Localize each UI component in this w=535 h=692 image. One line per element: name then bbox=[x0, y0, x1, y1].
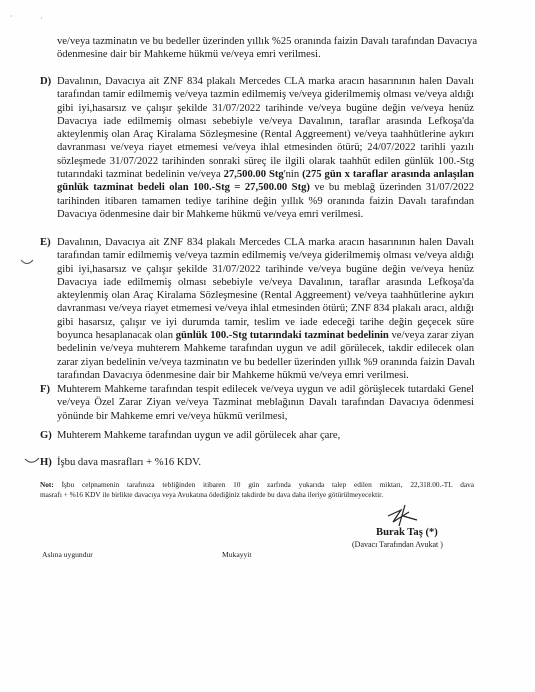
text-line: gibi hasarsız, çalışır ve iyi durumda ta… bbox=[57, 316, 474, 329]
text-line: akteylenmiş olan Araç Kiralama Sözleşmes… bbox=[57, 128, 474, 141]
text-line: Davacıya iade edilmemiş olması sebebiyle… bbox=[57, 115, 474, 128]
text-line: sözleşmede 31/07/2022 tarihinden sonraki… bbox=[57, 155, 474, 168]
registrar-label: Mukayyit bbox=[222, 550, 252, 559]
item-label-h: H) bbox=[40, 456, 52, 469]
text-line: akteylenmiş olan Araç Kiralama Sözleşmes… bbox=[57, 289, 474, 302]
text-run: boyunca hesaplanacak olan bbox=[57, 330, 176, 341]
text-line: tarafından tamir edilmemiş ve/veya tazmi… bbox=[57, 249, 474, 262]
text-line: İşbu dava masrafları + %16 KDV. bbox=[57, 456, 474, 469]
signatory-title: (Davacı Tarafından Avukat ) bbox=[352, 540, 443, 549]
text-line: Muhterem Mahkeme tarafından uygun ve adi… bbox=[57, 429, 474, 442]
item-e-paragraph: Davalının, Davacıya ait ZNF 834 plakalı … bbox=[57, 236, 474, 382]
text-run: 'nin bbox=[284, 169, 302, 180]
text-line: davranması ve/veya riayet etmemesi ve/ve… bbox=[57, 302, 474, 315]
text-line: Davalının, Davacıya ait ZNF 834 plakalı … bbox=[57, 75, 474, 88]
item-label-f: F) bbox=[40, 383, 50, 396]
item-label-d: D) bbox=[40, 75, 51, 88]
text-line: tutarındaki tazminat bedelinin ve/veya 2… bbox=[57, 168, 474, 181]
text-run: tutarındaki tazminat bedelinin ve/veya bbox=[57, 169, 224, 180]
text-line: tarafından tamir edilmemiş ve/veya tazmi… bbox=[57, 88, 474, 101]
signatory-name: Burak Taş (*) bbox=[376, 527, 438, 538]
text-line: Muhterem Mahkeme tarafından tespit edile… bbox=[57, 383, 474, 396]
item-g-paragraph: Muhterem Mahkeme tarafından uygun ve adi… bbox=[57, 429, 474, 442]
margin-mark-icon bbox=[20, 258, 34, 266]
scan-speck: · bbox=[10, 12, 13, 21]
signatory-name-text: Burak Taş bbox=[376, 527, 423, 538]
item-d-paragraph: Davalının, Davacıya ait ZNF 834 plakalı … bbox=[57, 75, 474, 221]
amount-bold: 27,500.00 Stg bbox=[224, 169, 284, 180]
text-line: günlük tazminat bedeli olan 100.-Stg = 2… bbox=[57, 181, 474, 194]
text-run: ve/veya zarar ziyan bbox=[389, 330, 474, 341]
item-label-g: G) bbox=[40, 429, 52, 442]
text-line: davranması ve/veya riayet etmemesi ve/ve… bbox=[57, 141, 474, 154]
note-paragraph: Not: İşbu celpnamenin tarafınıza tebliği… bbox=[40, 480, 474, 500]
text-line: bedelinin ve/veya muhterem Mahkeme taraf… bbox=[57, 342, 474, 355]
certified-copy-label: Aslına uygundur bbox=[42, 550, 93, 559]
text-line: tarafından Davacıya ödenmesine dair bir … bbox=[57, 369, 474, 382]
text-line: gibi iyi,hasarsız ve çalışır şekilde 31/… bbox=[57, 102, 474, 115]
text-line: ödenmesine dair bir Mahkeme hükmü ve/vey… bbox=[57, 48, 474, 61]
text-line: yönünde bir Mahkeme emri ve/veya hükmü v… bbox=[57, 410, 474, 423]
text-run: İşbu celpnamenin tarafınıza tebliğinden … bbox=[54, 480, 474, 489]
text-line: Not: İşbu celpnamenin tarafınıza tebliği… bbox=[40, 480, 474, 490]
text-line: ve/veya tazminatın ve bu bedeller üzerin… bbox=[57, 35, 474, 48]
text-line: Davacıya iade edilmemiş olması sebebiyle… bbox=[57, 276, 474, 289]
text-line: Davalının, Davacıya ait ZNF 834 plakalı … bbox=[57, 236, 474, 249]
document-page: · · ve/veya tazminatın ve bu bedeller üz… bbox=[0, 0, 535, 692]
item-h-paragraph: İşbu dava masrafları + %16 KDV. bbox=[57, 456, 474, 469]
seal-mark: (*) bbox=[425, 527, 437, 538]
text-line: gibi iyi,hasarsız ve çalışır şekilde 31/… bbox=[57, 263, 474, 276]
text-line: zarar ziyan bedelinin ve/veya tazminatın… bbox=[57, 356, 474, 369]
scan-speck: · bbox=[40, 14, 43, 23]
text-line: Davacıya ödenmesine dair bir Mahkeme hük… bbox=[57, 208, 474, 221]
signature-scribble-icon bbox=[385, 502, 421, 528]
note-label: Not: bbox=[40, 480, 54, 489]
text-line: ve/veya Özel Zarar Ziyan ve/veya Tazmina… bbox=[57, 396, 474, 409]
amount-bold: günlük 100.-Stg tutarındaki tazminat bed… bbox=[176, 330, 389, 341]
item-label-e: E) bbox=[40, 236, 51, 249]
calculation-bold: (275 gün x taraflar arasında anlaşılan bbox=[302, 169, 474, 180]
text-line: tarihinden itibaren tamamen tediye tarih… bbox=[57, 195, 474, 208]
text-run: ve bu meblağ üzerinden 31/07/2022 bbox=[310, 182, 474, 193]
calculation-bold: günlük tazminat bedeli olan 100.-Stg = 2… bbox=[57, 182, 310, 193]
text-line: boyunca hesaplanacak olan günlük 100.-St… bbox=[57, 329, 474, 342]
text-line: masrafı + %16 KDV ile birlikte davacıya … bbox=[40, 490, 474, 500]
item-f-paragraph: Muhterem Mahkeme tarafından tespit edile… bbox=[57, 383, 474, 423]
continuation-paragraph: ve/veya tazminatın ve bu bedeller üzerin… bbox=[57, 35, 474, 62]
margin-mark-icon bbox=[24, 457, 40, 465]
